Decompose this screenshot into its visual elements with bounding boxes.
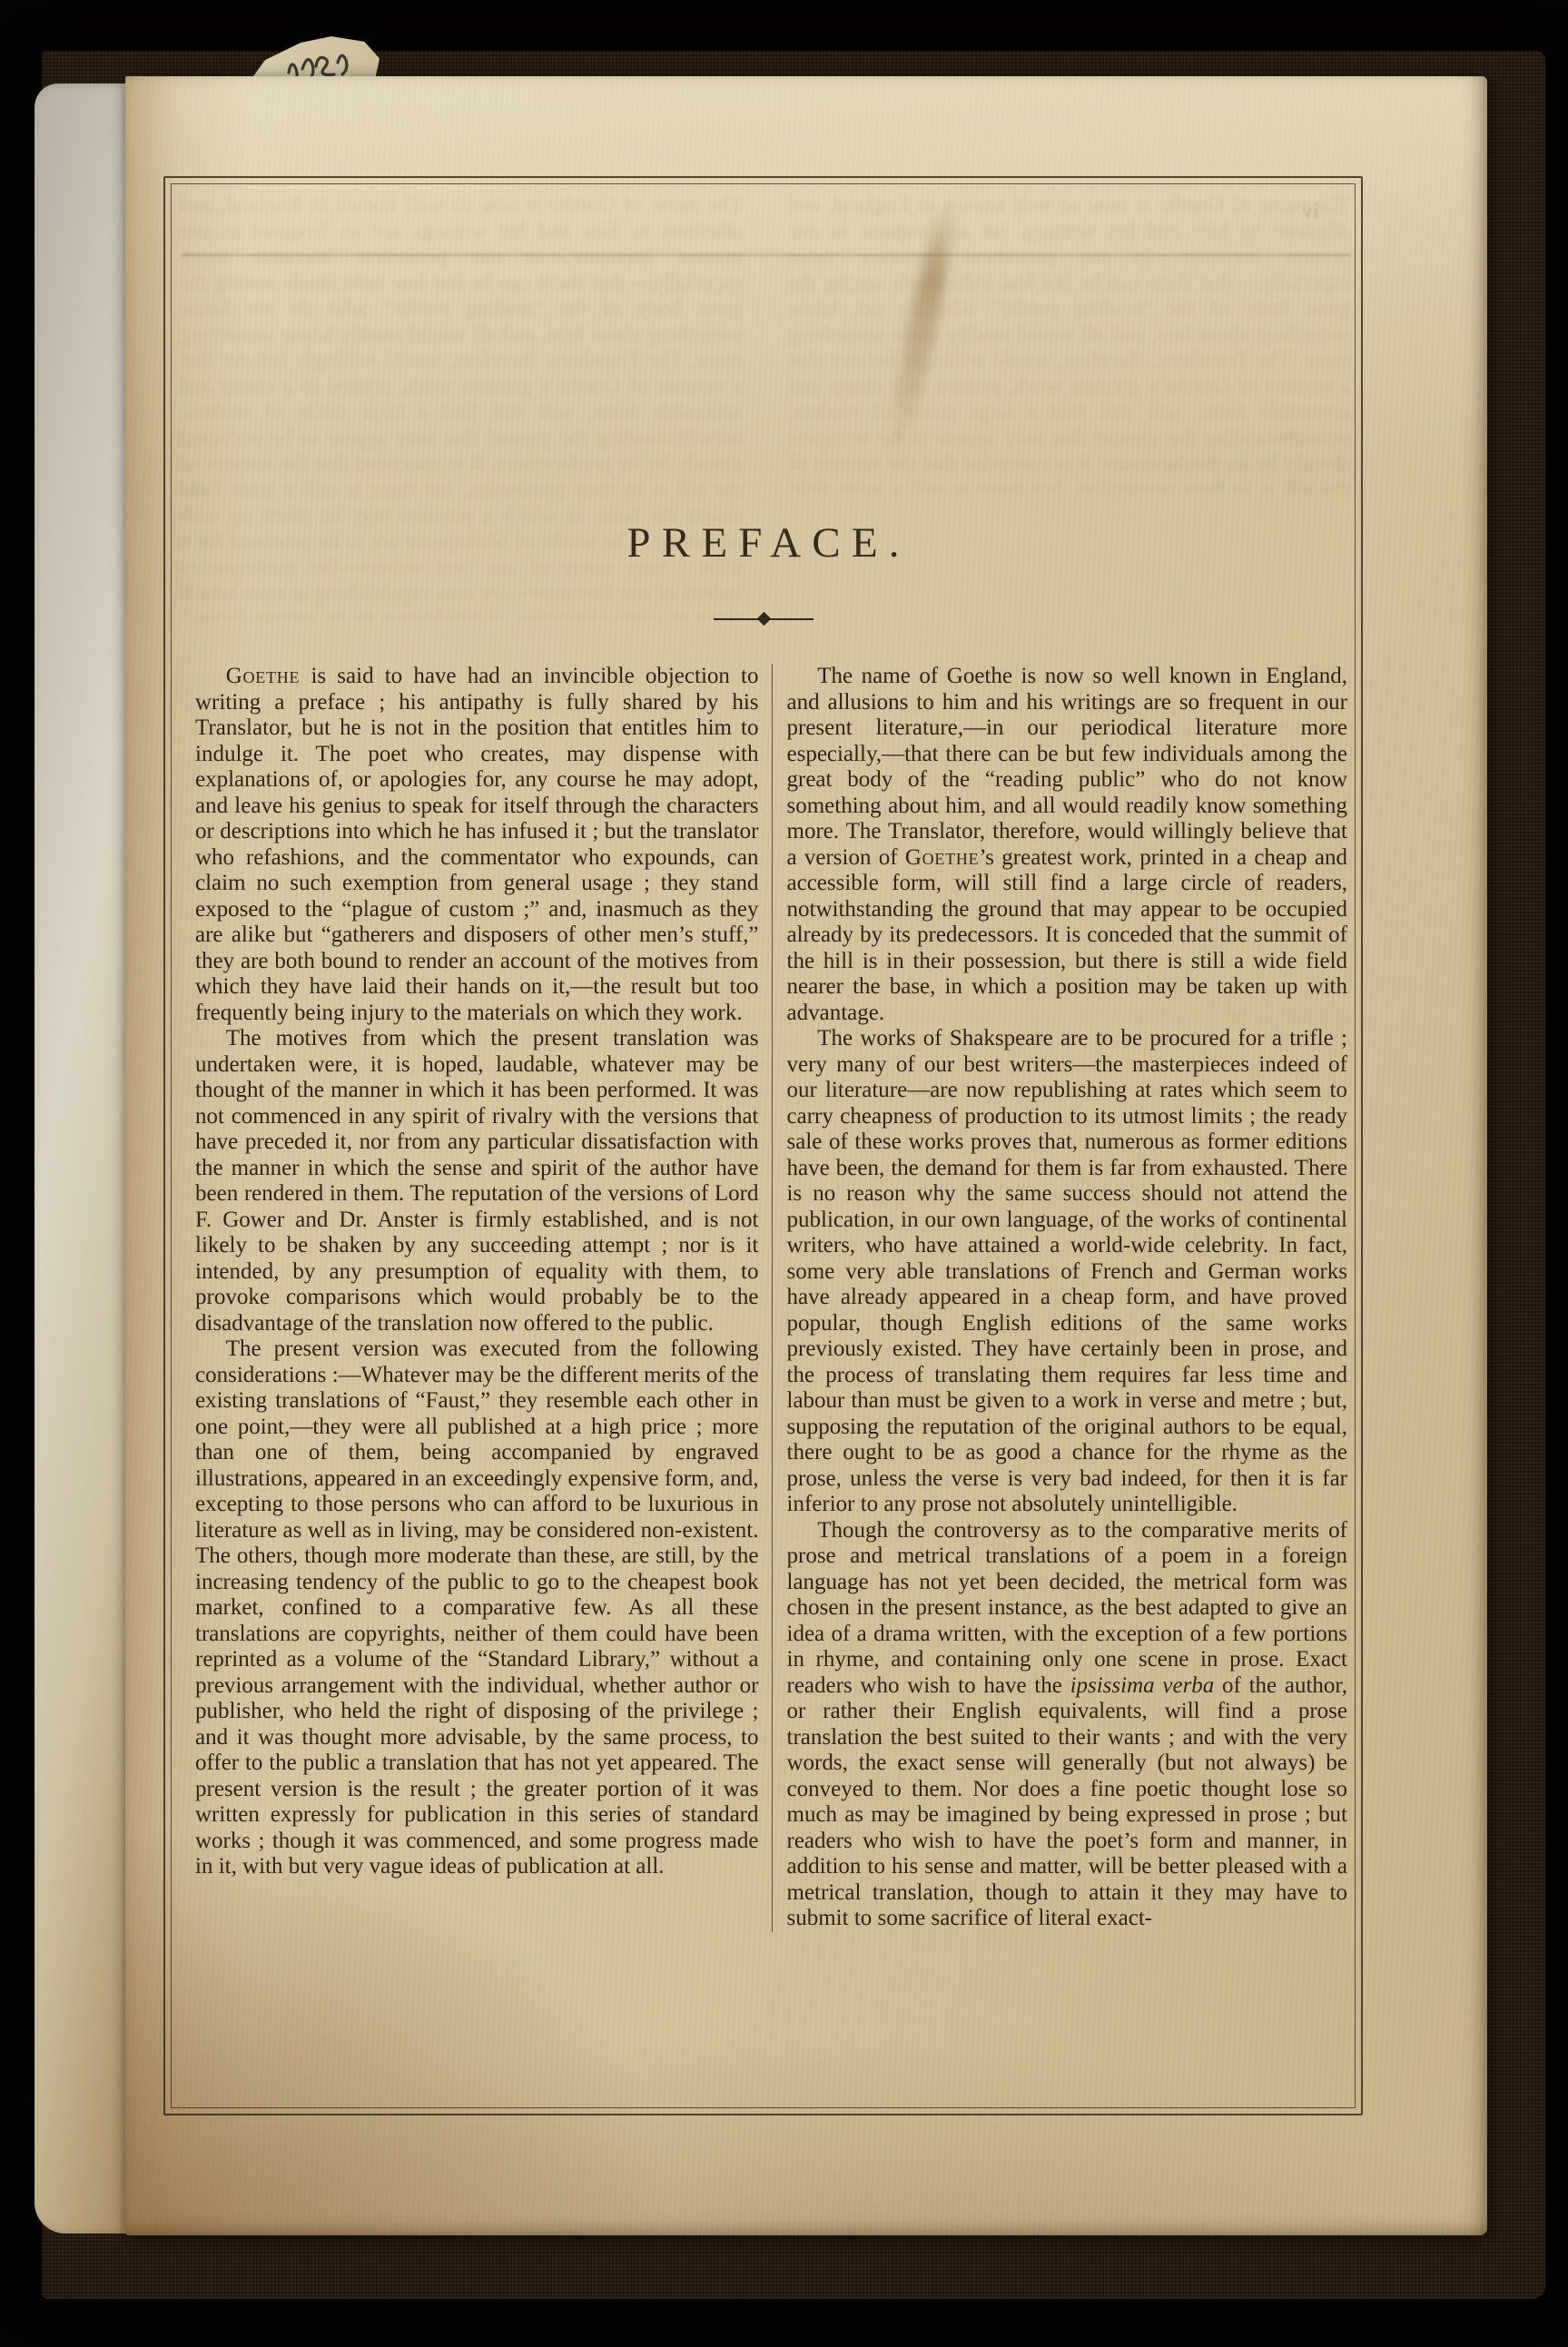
paragraph: The motives from which the present trans… [195, 1026, 759, 1336]
paragraph: The works of Shakspeare are to be procur… [787, 1026, 1348, 1518]
text-run: The present version was executed from th… [195, 1336, 759, 1879]
text-run: is said to have had an invincible object… [195, 664, 759, 1025]
page-border-frame: PREFACE. Goethe is said to have had an i… [163, 176, 1363, 2115]
book-page: The name of Goethe is now so well known … [125, 76, 1487, 2235]
text-run: The motives from which the present trans… [195, 1026, 759, 1336]
text-run-smallcaps: Goethe [226, 664, 301, 688]
diamond-icon [756, 612, 771, 626]
text-run: ’s greatest work, printed in a cheap and… [787, 845, 1348, 1025]
text-run: Though the controversy as to the compara… [787, 1518, 1348, 1698]
book-photo: The name of Goethe is now so well known … [0, 0, 1568, 2347]
paragraph: The present version was executed from th… [195, 1336, 759, 1880]
page-border-frame-inner: PREFACE. Goethe is said to have had an i… [171, 183, 1356, 2108]
text-run-italic: ipsissima verba [1070, 1673, 1215, 1698]
right-column: The name of Goethe is now so well known … [772, 664, 1348, 1932]
paragraph: The name of Goethe is now so well known … [787, 664, 1348, 1026]
text-columns: Goethe is said to have had an invincible… [172, 664, 1355, 1932]
paragraph: Though the controversy as to the compara… [787, 1518, 1348, 1932]
left-column: Goethe is said to have had an invincible… [195, 664, 772, 1932]
text-run: The works of Shakspeare are to be procur… [787, 1026, 1348, 1516]
text-run: The name of Goethe is now so well known … [787, 664, 1348, 870]
text-run: of the author, or rather their English e… [787, 1673, 1348, 1931]
paragraph: Goethe is said to have had an invincible… [195, 664, 759, 1026]
page-title: PREFACE. [172, 518, 1355, 567]
text-run-smallcaps: Goethe [905, 845, 980, 870]
title-divider-ornament [714, 613, 814, 626]
facing-page-edge [35, 84, 136, 2234]
